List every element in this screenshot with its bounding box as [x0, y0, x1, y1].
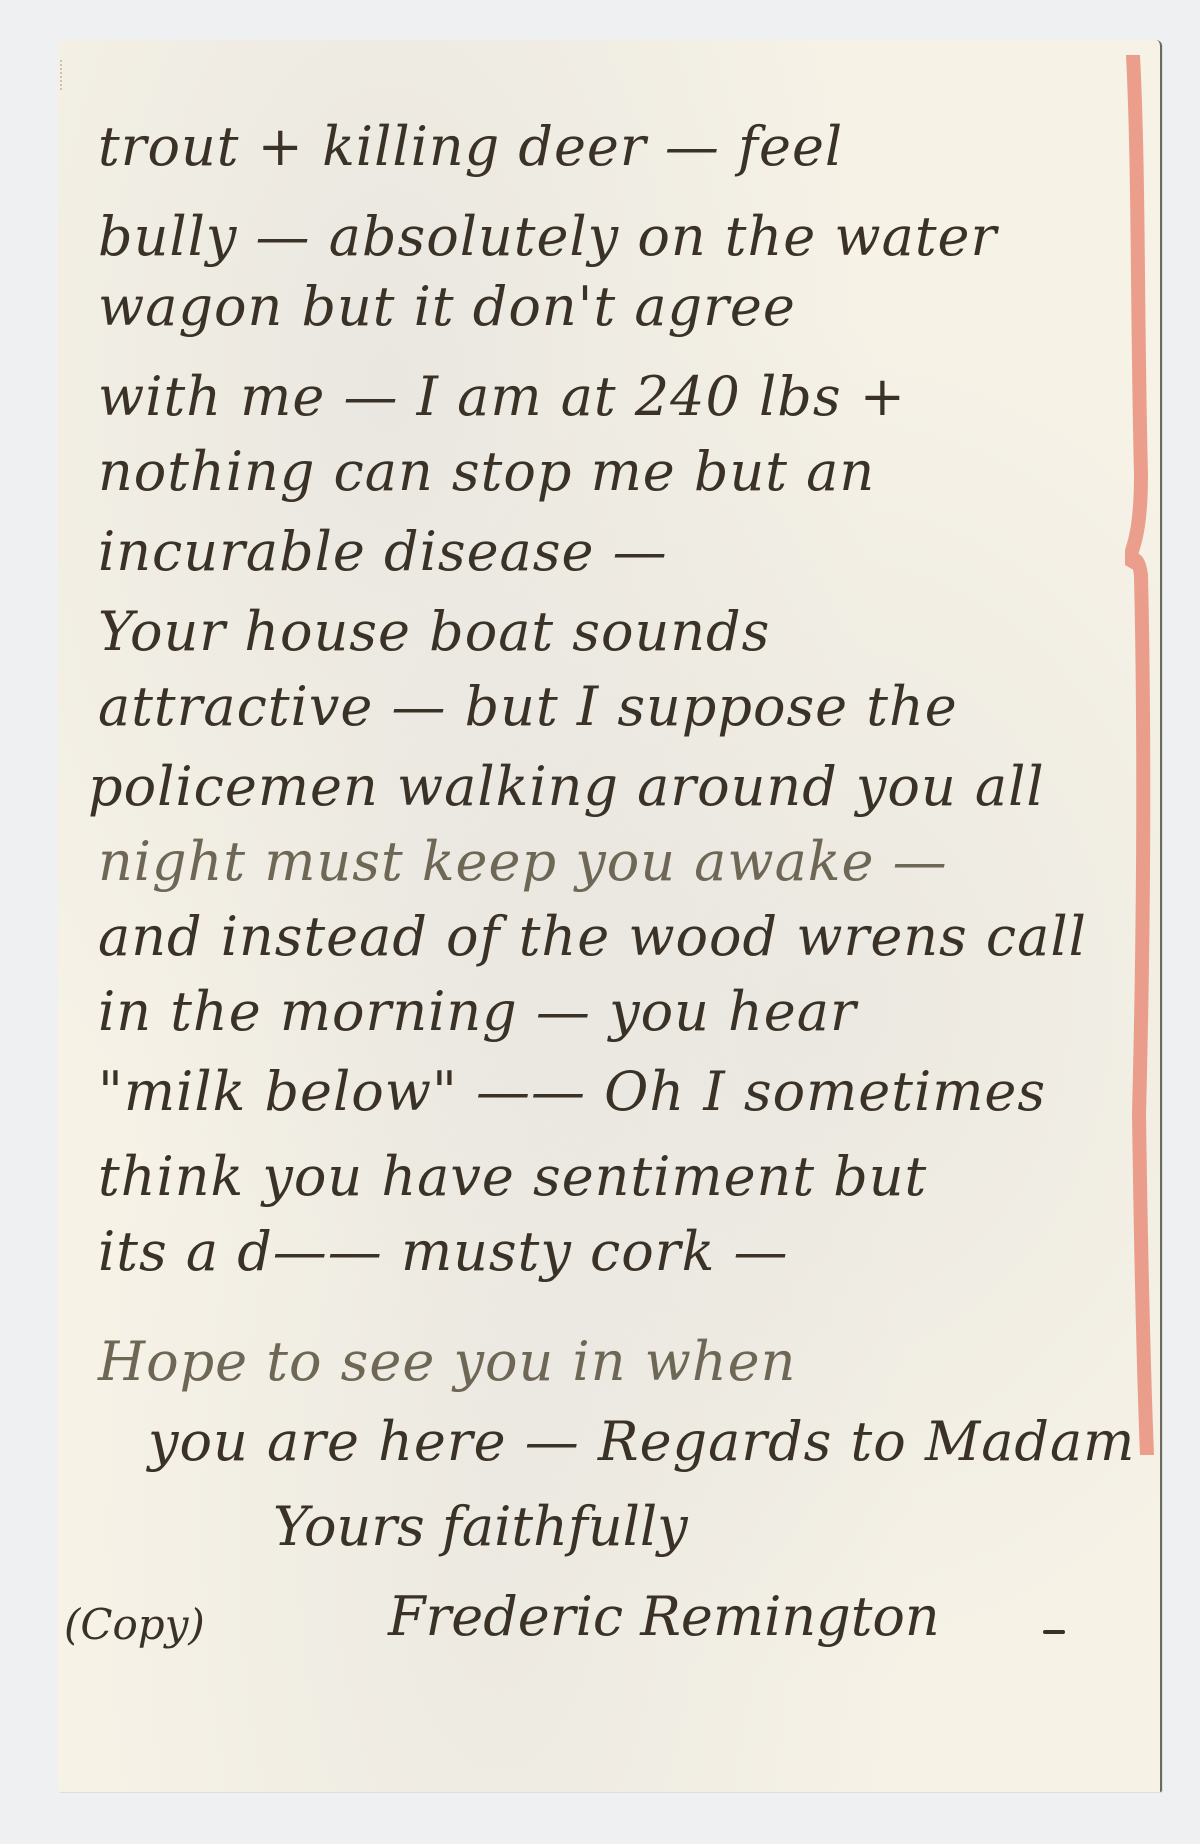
letter-line-14: think you have sentiment but [98, 1150, 927, 1204]
letter-line-1: trout + killing deer — feel [98, 120, 843, 174]
letter-line-8: attractive — but I suppose the [98, 680, 958, 734]
signature-frederic-remington: Frederic Remington [388, 1585, 940, 1648]
letter-line-2: bully — absolutely on the water [98, 210, 997, 264]
letter-line-6: incurable disease — [98, 525, 668, 579]
letter-line-9: policemen walking around you all [88, 760, 1045, 814]
letter-page: trout + killing deer — feel bully — abso… [58, 40, 1162, 1792]
letter-line-5: nothing can stop me but an [98, 445, 875, 499]
letter-line-3: wagon but it don't agree [98, 280, 796, 334]
letter-line-17: you are here — Regards to Madam [148, 1415, 1135, 1469]
closing-yours-faithfully: Yours faithfully [273, 1495, 688, 1558]
letter-line-16: Hope to see you in when [98, 1335, 796, 1389]
letter-line-11: and instead of the wood wrens call [98, 910, 1087, 964]
letter-line-12: in the morning — you hear [98, 985, 857, 1039]
letter-line-15: its a d—— musty cork — [98, 1225, 788, 1279]
letter-line-4: with me — I am at 240 lbs + [98, 370, 906, 424]
letter-line-13: "milk below" —— Oh I sometimes [98, 1065, 1046, 1119]
binding-marks [60, 60, 66, 90]
red-pencil-margin-mark [1125, 55, 1155, 1455]
letter-line-10: night must keep you awake — [98, 835, 948, 889]
copy-annotation: (Copy) [64, 1600, 205, 1649]
signature-dash [1043, 1630, 1065, 1634]
letter-line-7: Your house boat sounds [98, 605, 770, 659]
